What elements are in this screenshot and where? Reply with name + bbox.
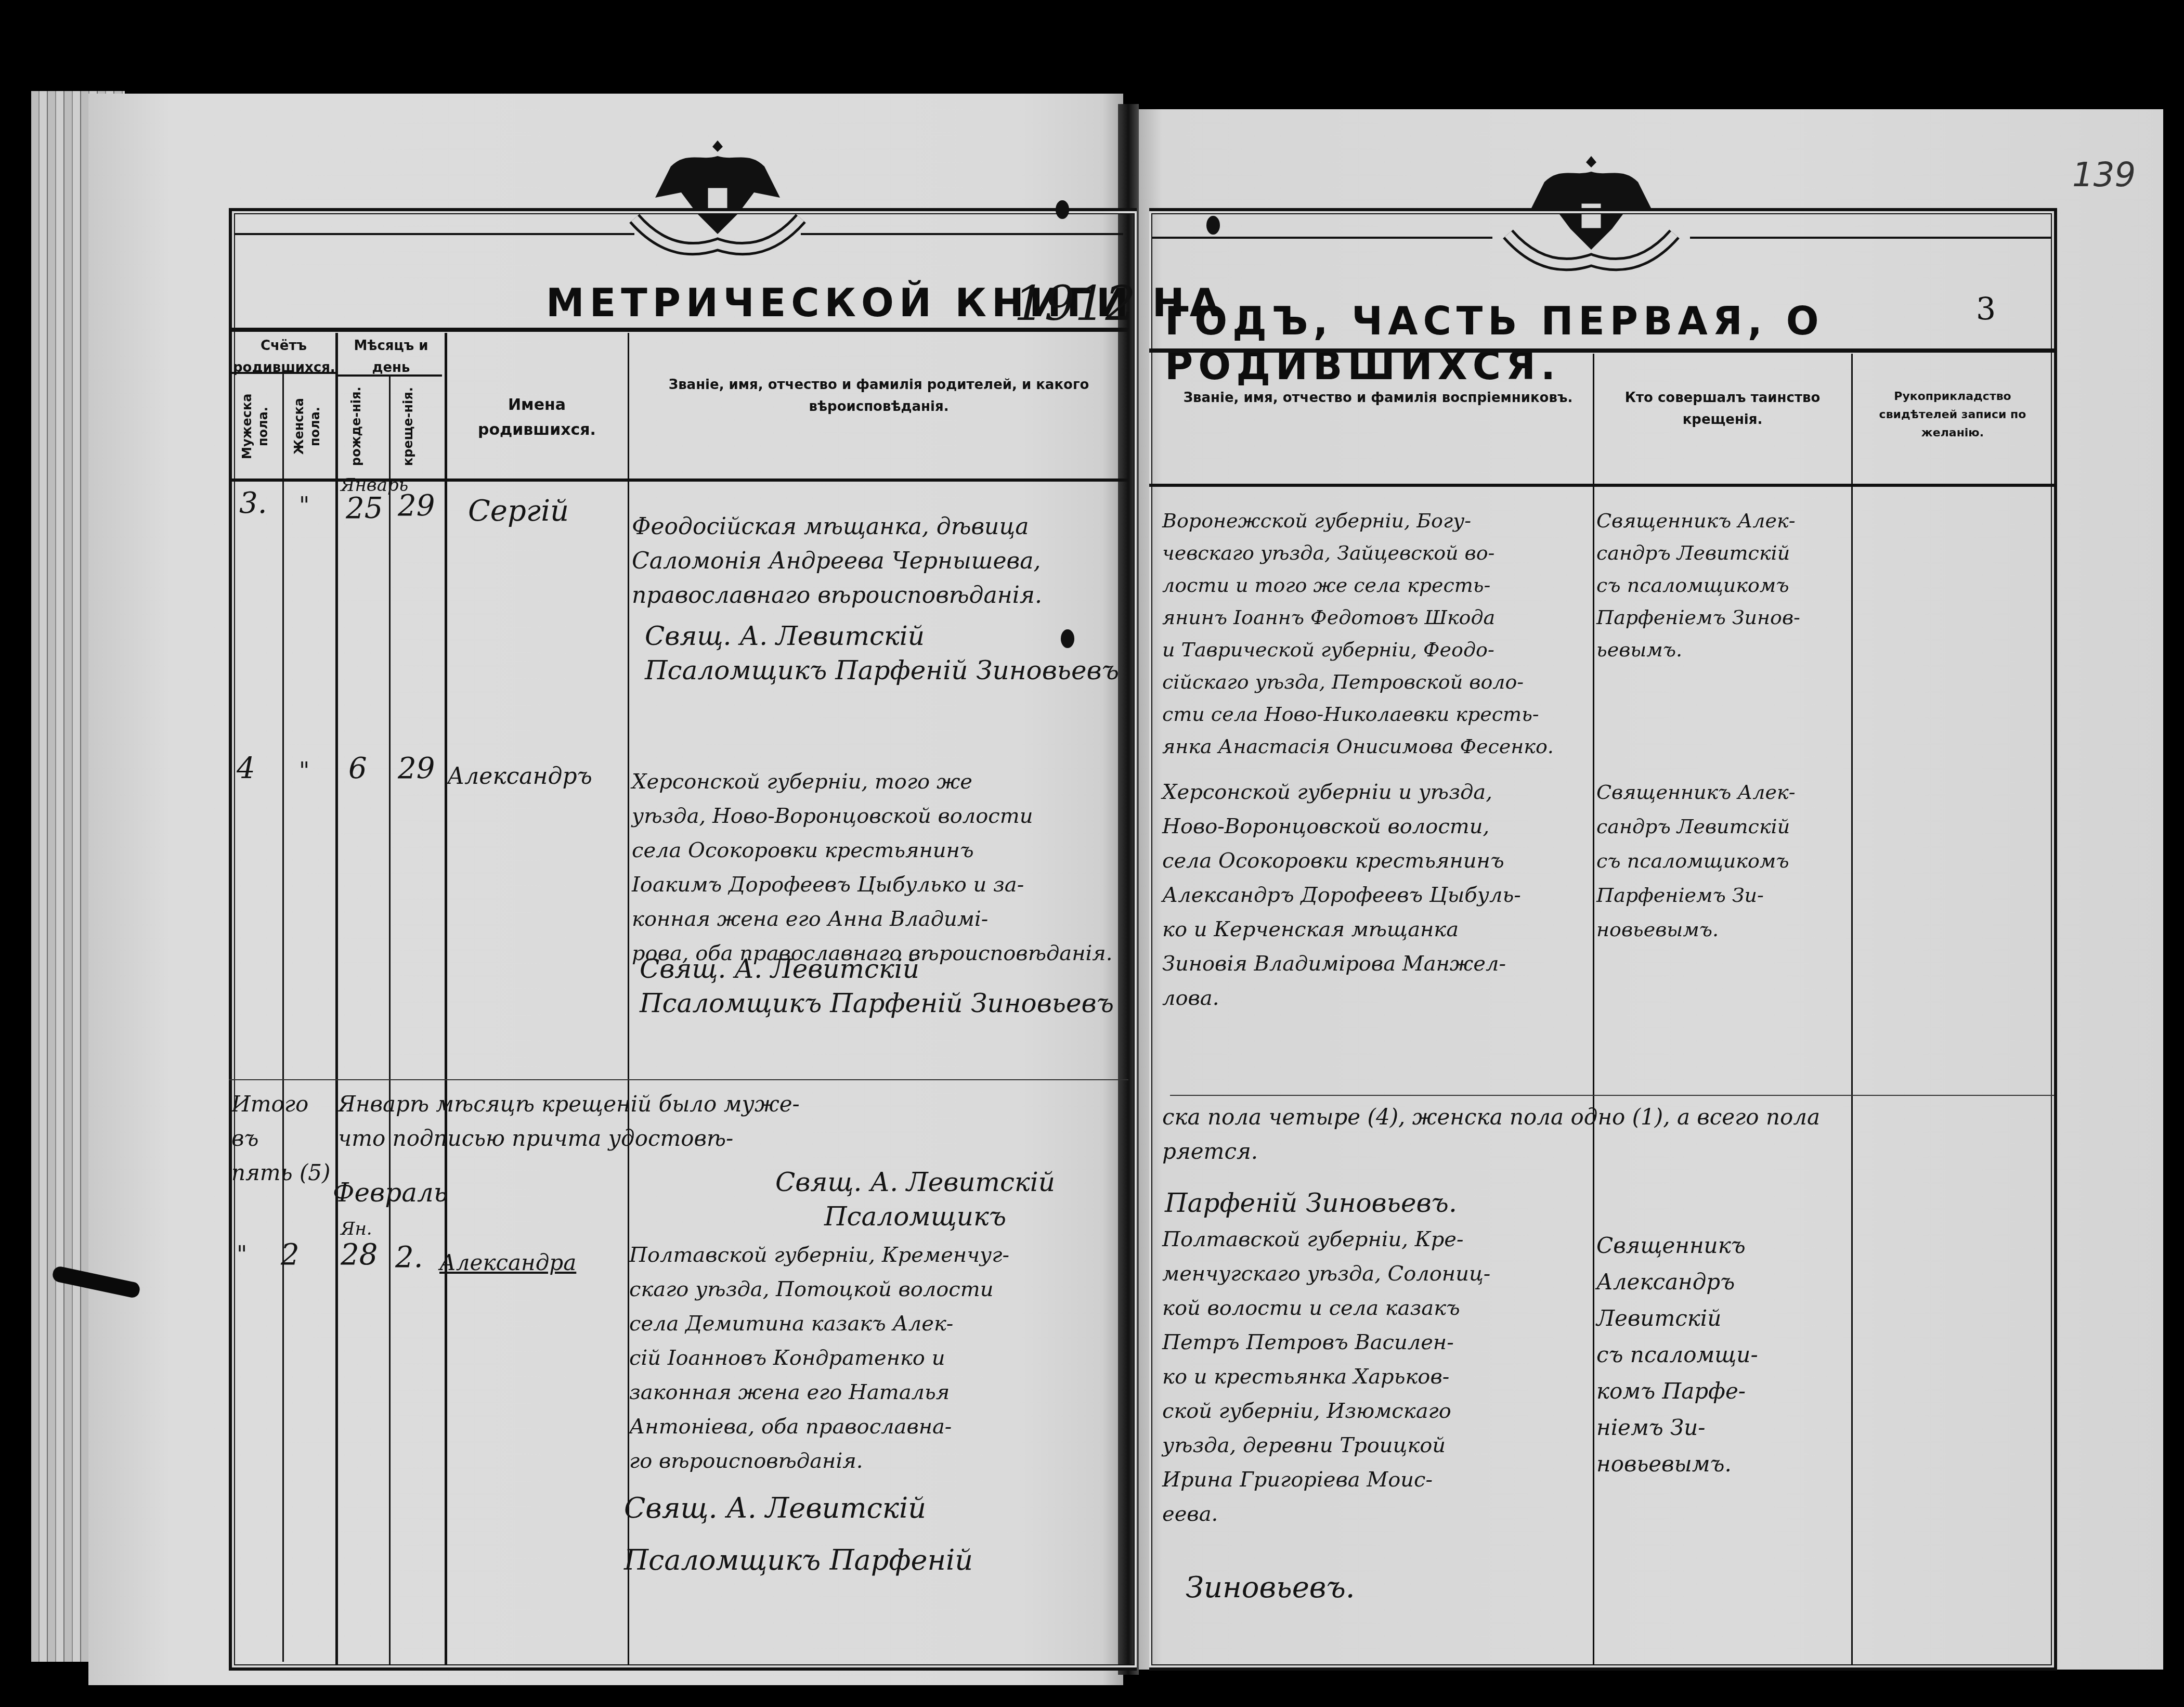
summary-rule-right (1170, 1095, 2054, 1096)
entry-male-no: 3. (239, 486, 267, 521)
binding-hole (1056, 200, 1069, 219)
feb-name: Александра (439, 1246, 576, 1280)
entry-baptism-day: 29 (398, 752, 435, 786)
summary-signatures-left: Свящ. А. Левитскій Псаломщикъ (718, 1165, 1113, 1234)
col-divider (389, 374, 391, 1664)
entry-godparents: Херсонской губерніи и уѣзда, Ново-Воронц… (1162, 775, 1589, 1015)
header-birth: рожде-нія. (348, 382, 365, 471)
header-male: Мужеска пола. (239, 382, 271, 471)
feb-signatures: Свящ. А. Левитскій Псаломщикъ Парфеній (624, 1482, 1123, 1586)
feb-male-no: " (237, 1238, 247, 1272)
entry-signatures: Свящ. А. Левитскій Псаломщикъ Парфеній З… (640, 952, 1118, 1020)
entry-performed-by: Священникъ Алек- сандръ Левитскій съ пса… (1596, 775, 1846, 947)
feb-baptism-day: 2. (395, 1240, 423, 1275)
summary-label: Итого въ пять (5) (231, 1087, 341, 1190)
entry-performed-by: Священникъ Алек- сандръ Левитскій съ пса… (1596, 505, 1846, 666)
title-year: 1912 (1014, 276, 1136, 331)
summary-text-right: ска пола четыре (4), женска пола одно (1… (1162, 1100, 2057, 1169)
feb-female-no: 2 (281, 1238, 300, 1272)
entry-name: Сергій (468, 494, 569, 528)
header-top-rule (229, 328, 1128, 332)
summary-text-left: Январѣ мѣсяцѣ крещеній было муже- что по… (338, 1087, 1123, 1156)
feb-godparents: Полтавской губерніи, Кре- менчугскаго уѣ… (1162, 1222, 1589, 1531)
entry-parents: Феодосійская мѣщанка, дѣвица Саломонія А… (632, 510, 1121, 613)
entry-birth-day: 25 (346, 492, 383, 526)
entry-male-no: 4 (237, 752, 255, 786)
page-number: 3 (1976, 291, 1996, 328)
col-divider (282, 372, 284, 1662)
folio-number: 139 (2072, 156, 2136, 195)
title-right: годъ, часть первая, о родившихся. (1165, 299, 2184, 389)
summary-rule (229, 1079, 1128, 1080)
header-names: Имена родившихся. (450, 393, 624, 443)
entry-female-no: " (299, 754, 309, 788)
col-divider (445, 333, 447, 1664)
col-divider (335, 333, 338, 1664)
entry-baptism-day: 29 (398, 489, 435, 523)
entry-birth-day: 6 (348, 752, 367, 786)
header-signatures: Рукоприкладство свидѣтелей записи по жел… (1856, 387, 2049, 443)
header-top-rule-right (1149, 348, 2054, 353)
binding-hole (1206, 216, 1220, 235)
header-parents: Званіе, имя, отчество и фамилія родителе… (640, 374, 1118, 418)
header-performed-by: Кто совершалъ таинство крещенія. (1599, 387, 1846, 431)
entry-female-no: " (299, 489, 309, 523)
entry-signatures: Свящ. А. Левитскій Псаломщикъ Парфеній З… (645, 619, 1123, 688)
feb-birth-day: 28 (341, 1238, 378, 1272)
header-date: Мѣсяцъ и день (339, 335, 443, 379)
summary-signatures-right: Парфеній Зиновьевъ. (1165, 1186, 1457, 1220)
entry-parents: Херсонской губерніи, того же уѣзда, Ново… (632, 765, 1121, 971)
header-count: Счётъ родившихся. (233, 335, 334, 379)
header-female: Женска пола. (291, 382, 323, 471)
col-divider (1851, 354, 1853, 1664)
feb-godparents-signature: Зиновьевъ. (1186, 1571, 1355, 1605)
binding-hole (1061, 629, 1074, 648)
feb-month: Февраль (333, 1175, 448, 1210)
col-divider (1593, 354, 1594, 1664)
header-bottom-rule-right (1149, 484, 2054, 487)
header-baptism: креще-нія. (400, 382, 417, 471)
feb-parents: Полтавской губерніи, Кременчуг- скаго уѣ… (629, 1238, 1123, 1478)
entry-name: Александръ (447, 759, 592, 794)
feb-performed-by: Священникъ Александръ Левитскій съ псало… (1596, 1227, 1846, 1482)
header-godparents: Званіе, имя, отчество и фамилія воспріем… (1175, 387, 1581, 409)
entry-godparents: Воронежской губерніи, Богу- чевскаго уѣз… (1162, 505, 1589, 762)
